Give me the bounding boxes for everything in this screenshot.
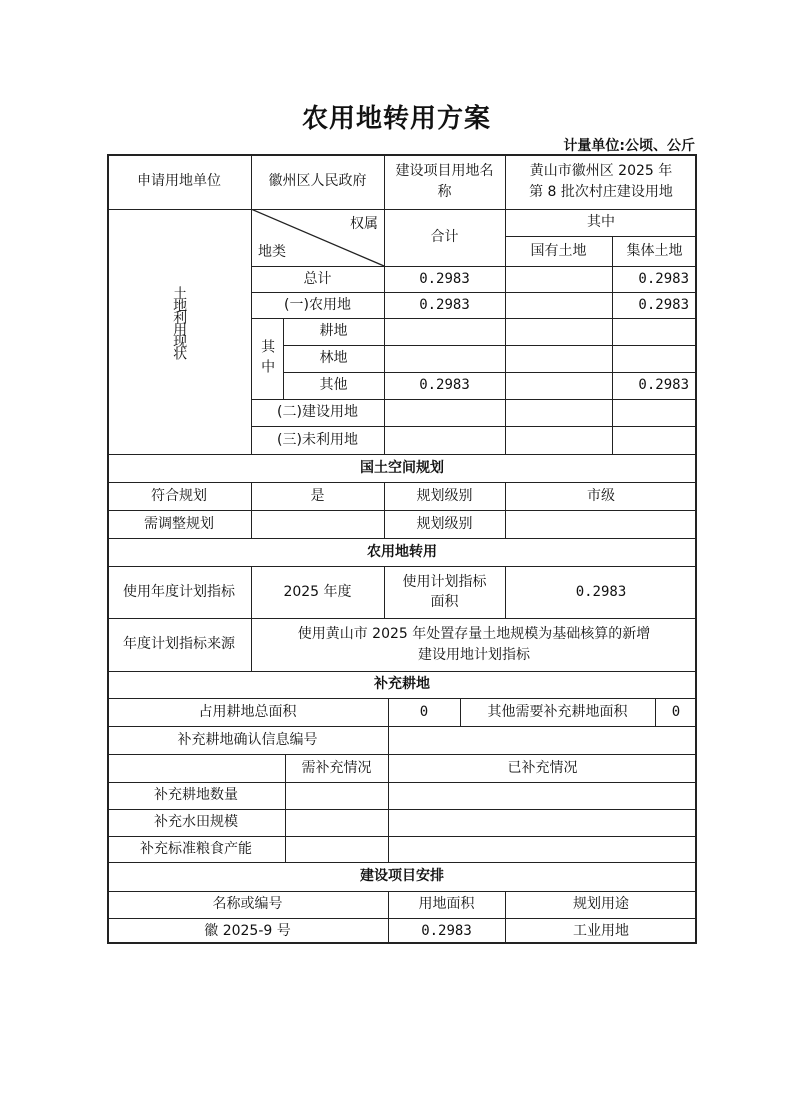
land-status-section-label: 土地利用现状 [107,209,251,454]
row-label-construction: (二)建设用地 [251,399,384,426]
row-label-paddy-scale: 补充水田规模 [107,809,285,836]
cell-state [505,292,612,318]
of-which-label: 其中 [251,318,283,399]
cell-done [388,809,697,836]
cell-collective: 0.2983 [612,372,697,399]
annual-plan-label: 使用年度计划指标 [107,566,251,618]
other-compensation-label: 其他需要补充耕地面积 [460,698,655,726]
cell-total [384,345,505,372]
adjust-plan-value [251,510,384,538]
row-label-forest: 林地 [283,345,384,372]
conversion-section-label: 农用地转用 [107,538,697,566]
row-label-other: 其他 [283,372,384,399]
col-collective-header: 集体土地 [612,236,697,266]
diag-landtype-label: 地类 [258,241,318,263]
row-label-total: 总计 [251,266,384,292]
other-compensation-value: 0 [655,698,697,726]
col-done-header: 已补充情况 [388,754,697,782]
plan-source-value: 使用黄山市 2025 年处置存量土地规模为基础核算的新增建设用地计划指标 [251,618,697,671]
diag-ownership-label: 权属 [318,212,378,236]
annual-plan-value: 2025 年度 [251,566,384,618]
cell-collective: 0.2983 [612,292,697,318]
cell-total: 0.2983 [384,266,505,292]
conforms-plan-label: 符合规划 [107,482,251,510]
document-title: 农用地转用方案 [0,98,793,135]
project-name-value: 黄山市徽州区 2025 年第 8 批次村庄建设用地 [505,154,697,209]
plan-source-label: 年度计划指标来源 [107,618,251,671]
cell-needed [285,782,388,809]
row-label-farmland-quantity: 补充耕地数量 [107,782,285,809]
cell-state [505,318,612,345]
plan-area-value: 0.2983 [505,566,697,618]
cell-done [388,836,697,862]
cell-total: 0.2983 [384,292,505,318]
occupied-farmland-label: 占用耕地总面积 [107,698,388,726]
cell-total [384,318,505,345]
plan-level-label: 规划级别 [384,482,505,510]
adjust-plan-level-value [505,510,697,538]
col-total-header: 合计 [384,209,505,266]
cell-total: 0.2983 [384,372,505,399]
cell-state [505,372,612,399]
cell-needed [285,836,388,862]
cell-total [384,426,505,454]
cell-state [505,426,612,454]
col-use-header: 规划用途 [505,891,697,918]
cell-needed [285,809,388,836]
plan-area-label: 使用计划指标面积 [384,566,505,618]
row-label-cultivated: 耕地 [283,318,384,345]
row-label-unused: (三)未利用地 [251,426,384,454]
project-name-label: 建设项目用地名称 [384,154,505,209]
cell-collective [612,399,697,426]
adjust-plan-level-label: 规划级别 [384,510,505,538]
applicant-value: 徽州区人民政府 [251,154,384,209]
cell-done [388,782,697,809]
cell-collective: 0.2983 [612,266,697,292]
cell-state [505,399,612,426]
row-label-grain-capacity: 补充标准粮食产能 [107,836,285,862]
col-of-which-header: 其中 [505,209,697,236]
conforms-plan-value: 是 [251,482,384,510]
spatial-planning-section-label: 国土空间规划 [107,454,697,482]
row-label-agricultural: (一)农用地 [251,292,384,318]
confirmation-number-value [388,726,697,754]
adjust-plan-label: 需调整规划 [107,510,251,538]
cell-state [505,345,612,372]
cell-state [505,266,612,292]
cell-total [384,399,505,426]
farmland-section-label: 补充耕地 [107,671,697,698]
col-state-header: 国有土地 [505,236,612,266]
col-area-header: 用地面积 [388,891,505,918]
project-name-cell: 徽 2025-9 号 [107,918,388,944]
confirmation-number-label: 补充耕地确认信息编号 [107,726,388,754]
measurement-unit: 计量单位:公顷、公斤 [563,135,695,155]
occupied-farmland-value: 0 [388,698,460,726]
cell-collective [612,345,697,372]
cell-collective [612,318,697,345]
project-arrangement-section-label: 建设项目安排 [107,862,697,891]
plan-level-value: 市级 [505,482,697,510]
project-area-cell: 0.2983 [388,918,505,944]
col-name-header: 名称或编号 [107,891,388,918]
project-use-cell: 工业用地 [505,918,697,944]
cell-collective [612,426,697,454]
applicant-label: 申请用地单位 [107,154,251,209]
col-needed-header: 需补充情况 [285,754,388,782]
